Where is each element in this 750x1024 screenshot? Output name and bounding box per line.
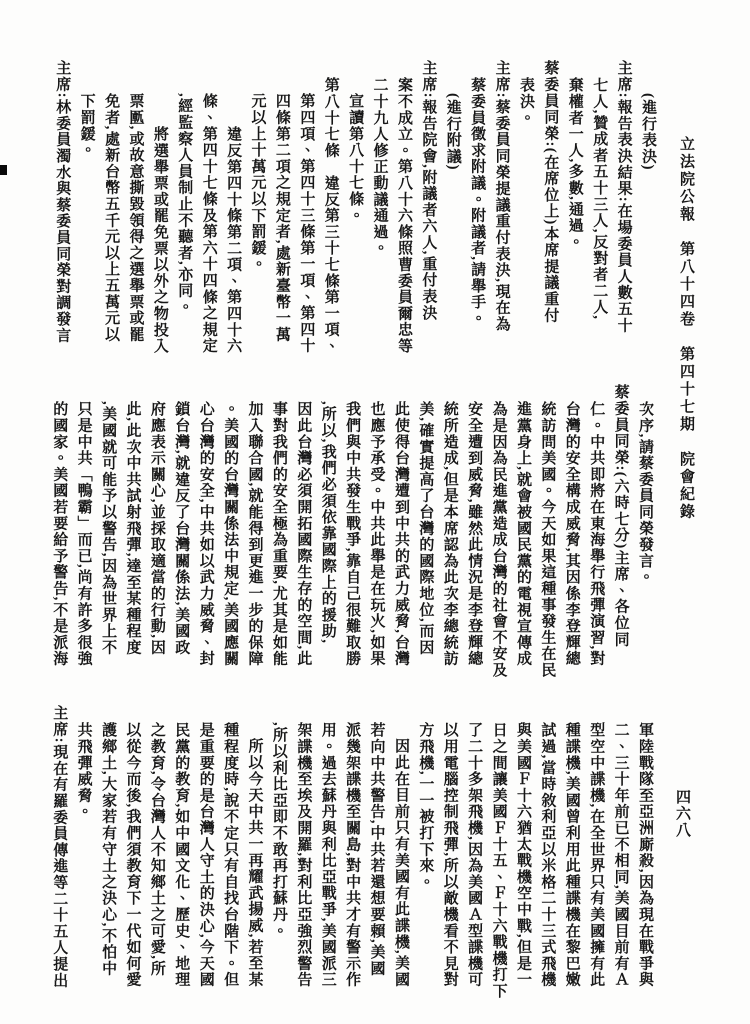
- text-column: 試過,當時敘利亞以米格二十三式飛機: [535, 705, 559, 1017]
- text-column: 免者,處新台幣五千元以上五萬元以: [99, 60, 123, 362]
- text-column: 宣讀第八十七條。: [343, 60, 367, 362]
- text-column: 第八十七條 違反第三十七條第一項、: [318, 60, 342, 362]
- text-column: 府應表示關心,並採取適當的行動,因: [144, 384, 168, 684]
- text-column: 案不成立。第八十六條照曹委員爾忠等: [392, 60, 416, 362]
- text-column: 美,確實提高了台灣的國際地位,而因: [413, 384, 437, 684]
- text-column: 所以今天中共一再耀武揚威,若至某: [242, 705, 266, 1017]
- text-column: 此,此次中共試射飛彈,達至某種程度: [120, 384, 144, 684]
- text-column: 主席:現在有羅委員傳進等二十五人提出: [47, 705, 71, 1017]
- text-column: 型空中諜機,在全世界只有美國擁有此: [584, 705, 608, 1017]
- text-column: 為是因為民進黨造成台灣的社會不安及: [486, 384, 510, 684]
- text-column: 是重要的是台灣人守土的決心,今天國: [193, 705, 217, 1017]
- text-column: 二十九人修正動議通過。: [367, 60, 391, 362]
- text-column: 因此台灣必須開拓國際生存的空間,此: [291, 384, 315, 684]
- text-column: 以用電腦控制飛彈,所以敵機看不見對: [437, 705, 461, 1017]
- text-column: 民黨的教育,如中國文化、歷史、地理: [169, 705, 193, 1017]
- section-speech-middle: 次序,請蔡委員同榮發言。蔡委員同榮:(六時七分)主席、各位同仁。中共即將在東海舉…: [47, 384, 657, 684]
- text-column: 的國家。美國若要給予警告,不是派海: [47, 384, 71, 684]
- text-column: 主席:報告院會,附議者六人,重付表決: [416, 60, 440, 362]
- text-column: 用。過去蘇丹與利比亞戰爭,美國派三: [315, 705, 339, 1017]
- section-vote-proceedings: (進行表決)主席:報告表決結果:在場委員人數五十七人,贊成者五十三人,反對者二人…: [50, 60, 660, 362]
- text-column: 若向中共警告,中共若還想要賴,美國: [364, 705, 388, 1017]
- text-column: 票匭,或故意撕毀領得之選舉票或罷: [123, 60, 147, 362]
- text-column: 棄權者一人,多數,通過。: [562, 60, 586, 362]
- text-column: 下罰鍰。: [74, 60, 98, 362]
- text-column: 蔡委員徵求附議。附議者,請舉手。: [465, 60, 489, 362]
- text-column: (進行附議): [440, 60, 464, 362]
- text-column: (進行表決): [636, 60, 660, 362]
- scan-artifact: [0, 165, 7, 175]
- text-column: 主席:報告表決結果:在場委員人數五十: [611, 60, 635, 362]
- text-column: 架諜機至埃及開羅,對利比亞強烈警告: [291, 705, 315, 1017]
- text-column: 。美國的台灣關係法中規定,美國應關: [218, 384, 242, 684]
- text-column: 違反第四十條第二項、第四十六: [221, 60, 245, 362]
- text-column: 條、第四十七條及第六十四條之規定: [196, 60, 220, 362]
- text-column: 統訪問美國。今天如果這種事發生在民: [535, 384, 559, 684]
- section-speech-bottom: 軍陸戰隊至亞洲廝殺,因為現在戰爭與二、三十年前已不相同,美國目前有Ａ型空中諜機,…: [47, 705, 657, 1017]
- text-column: 我們與中共發生戰爭,靠自己很難取勝: [340, 384, 364, 684]
- text-column: ,所以,我們必須依靠國際上的援助,: [315, 384, 339, 684]
- text-column: 二、三十年前已不相同,美國目前有Ａ: [608, 705, 632, 1017]
- text-column: 統所造成,但是本席認為此次李總統訪: [437, 384, 461, 684]
- text-column: 鎖台灣,就違反了台灣關係法,美國政: [169, 384, 193, 684]
- text-column: 也應予承受。中共此舉是在玩火,如果: [364, 384, 388, 684]
- text-column: 元以上十萬元以下罰鍰。: [245, 60, 269, 362]
- text-column: 蔡委員同榮:(六時七分)主席、各位同: [608, 384, 632, 684]
- text-column: 主席:蔡委員同榮提議重付表決,現在為: [489, 60, 513, 362]
- text-column: 台灣的安全構成威脅,其因係李登輝總: [559, 384, 583, 684]
- text-column: 只是中共「鴨霸」而已,尚有許多很強: [71, 384, 95, 684]
- text-column: ,經監察人員制止不聽者,亦同。: [172, 60, 196, 362]
- text-column: 與美國Ｆ十六猶太戰機空中戰,但是一: [511, 705, 535, 1017]
- text-column: 之教育,令台灣人不知鄉土之可愛,所: [144, 705, 168, 1017]
- text-column: 心台灣的安全,中共如以武力威脅、封: [193, 384, 217, 684]
- text-column: 種諜機,美國曾利用此種諜機在黎巴嫩: [559, 705, 583, 1017]
- text-column: 以從今而後,我們須教育下一代如何愛: [120, 705, 144, 1017]
- text-column: 因此在目前只有美國有此諜機,美國: [389, 705, 413, 1017]
- text-column: 四條第二項之規定者,處新臺幣一萬: [270, 60, 294, 362]
- text-column: 方飛機,一一被打下來。: [413, 705, 437, 1017]
- text-column: ,美國就可能予以警告,因為世界上不: [96, 384, 120, 684]
- text-column: 軍陸戰隊至亞洲廝殺,因為現在戰爭與: [633, 705, 657, 1017]
- page-header: 立法院公報 第八十四卷 第四十七期 院會紀錄: [676, 136, 697, 516]
- page-number: 四六八: [672, 789, 693, 859]
- text-column: 蔡委員同榮:(在席位上)本席提議重付: [538, 60, 562, 362]
- text-column: ,所以利比亞即不敢再打蘇丹。: [267, 705, 291, 1017]
- text-column: 表決。: [514, 60, 538, 362]
- text-column: 了二十多架飛機,因為美國Ａ型諜機可: [462, 705, 486, 1017]
- text-column: 進黨身上,就會被國民黨的電視宣傳成: [511, 384, 535, 684]
- text-column: 日之間讓美國Ｆ十五、Ｆ十六戰機打下: [486, 705, 510, 1017]
- text-column: 主席:林委員濁水與蔡委員同榮對調發言: [50, 60, 74, 362]
- text-column: 加入聯合國,就能得到更進一步的保障: [242, 384, 266, 684]
- text-column: 護鄉土,大家若有守土之決心,不怕中: [96, 705, 120, 1017]
- text-column: 第四項、第四十三條第一項、第四十: [294, 60, 318, 362]
- text-column: 仁。中共即將在東海舉行飛彈演習,對: [584, 384, 608, 684]
- text-column: 派幾架諜機至關島,對中共才有警示作: [340, 705, 364, 1017]
- text-column: 將選舉票或罷免票以外之物投入: [147, 60, 171, 362]
- text-column: 七人,贊成者五十三人,反對者二人,: [587, 60, 611, 362]
- text-column: 此使得台灣遭到中共的武力威脅,台灣: [389, 384, 413, 684]
- text-column: 種程度時,說不定只有自找台階下。但: [218, 705, 242, 1017]
- text-column: 次序,請蔡委員同榮發言。: [633, 384, 657, 684]
- gazette-page: 立法院公報 第八十四卷 第四十七期 院會紀錄 四六八 (進行表決)主席:報告表決…: [0, 0, 750, 1024]
- text-column: 事對我們的安全極為重要,尤其是如能: [267, 384, 291, 684]
- text-column: 安全遭到威脅,雖然此情況是李登輝總: [462, 384, 486, 684]
- text-column: 共飛彈威脅。: [71, 705, 95, 1017]
